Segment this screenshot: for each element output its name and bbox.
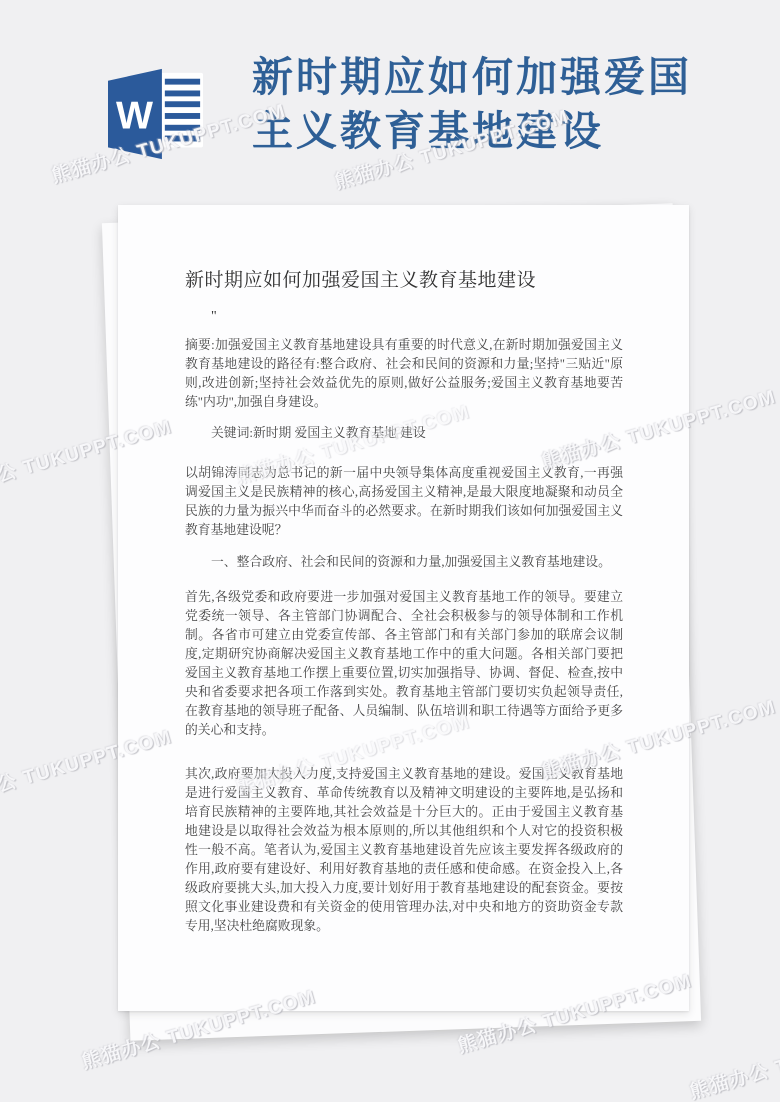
intro-paragraph: 以胡锦涛同志为总书记的新一届中央领导集体高度重视爱国主义教育,一再强调爱国主义是…	[185, 464, 623, 540]
page-title-line1: 新时期应如何加强爱国	[252, 54, 692, 100]
watermark: 熊猫办公 TUKUPPT.COM	[686, 1012, 780, 1102]
quote-mark: "	[211, 307, 623, 326]
abstract-paragraph: 摘要:加强爱国主义教育基地建设具有重要的时代意义,在新时期加强爱国主义教育基地建…	[185, 336, 623, 412]
document-content: 新时期应如何加强爱国主义教育基地建设 " 摘要:加强爱国主义教育基地建设具有重要…	[118, 205, 689, 936]
keywords-line: 关键词:新时期 爱国主义教育基地 建设	[185, 424, 623, 443]
document-title: 新时期应如何加强爱国主义教育基地建设	[185, 269, 623, 293]
word-icon: W	[108, 62, 206, 167]
body-paragraph-second: 其次,政府要加大投入力度,支持爱国主义教育基地的建设。爱国主义教育基地是进行爱国…	[185, 765, 623, 936]
page-background: W 新时期应如何加强爱国主义教育基地建设 新时期应如何加强爱国主义教育基地建设 …	[0, 0, 780, 1102]
document-page: 新时期应如何加强爱国主义教育基地建设 " 摘要:加强爱国主义教育基地建设具有重要…	[118, 205, 689, 1011]
section-heading-1: 一、整合政府、社会和民间的资源和力量,加强爱国主义教育基地建设。	[185, 553, 623, 572]
page-title: 新时期应如何加强爱国主义教育基地建设	[252, 50, 692, 158]
body-paragraph-first: 首先,各级党委和政府要进一步加强对爱国主义教育基地工作的领导。要建立党委统一领导…	[185, 588, 623, 740]
page-title-line2: 主义教育基地建设	[252, 108, 604, 154]
word-icon-letter: W	[116, 95, 153, 138]
